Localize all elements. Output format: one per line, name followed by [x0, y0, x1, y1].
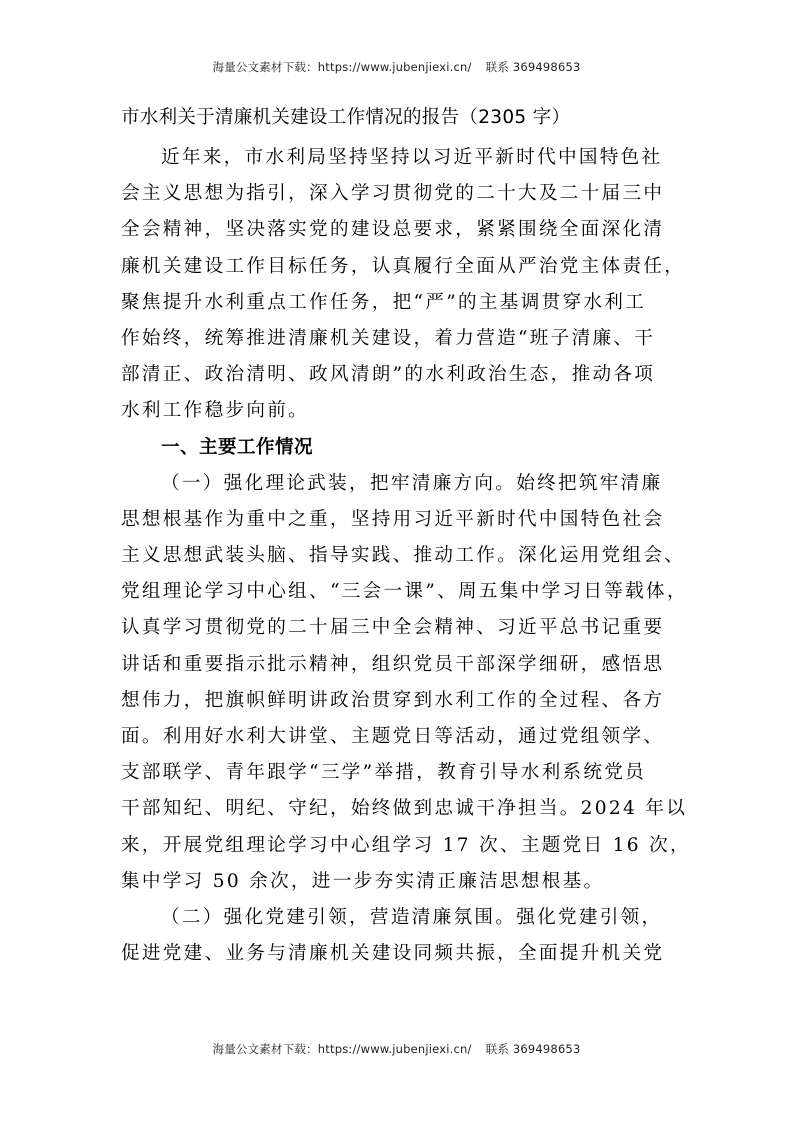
paragraph-line: 全会精神，坚决落实党的建设总要求，紧紧围绕全面深化清: [121, 212, 683, 248]
paragraph-line: 近年来，市水利局坚持坚持以习近平新时代中国特色社: [121, 140, 683, 176]
paragraph-line: 聚焦提升水利重点工作任务，把“严”的主基调贯穿水利工: [121, 285, 683, 321]
page-footer: 海量公文素材下载：https://www.jubenjiexi.cn/联系 36…: [0, 1041, 793, 1057]
paragraph-line: 想伟力，把旗帜鲜明讲政治贯穿到水利工作的全过程、各方: [121, 683, 683, 719]
document-title: 市水利关于清廉机关建设工作情况的报告（2305 字）: [121, 103, 570, 129]
paragraph-line: 党组理论学习中心组、“三会一课”、周五集中学习日等载体，: [121, 574, 683, 610]
paragraph-line: （二）强化党建引领，营造清廉氛围。强化党建引领，: [121, 900, 683, 936]
paragraph-line: 支部联学、青年跟学“三学”举措，教育引导水利系统党员: [121, 755, 683, 791]
paragraph-line: 认真学习贯彻党的二十届三中全会精神、习近平总书记重要: [121, 610, 683, 646]
paragraph-line: 来，开展党组理论学习中心组学习 17 次、主题党日 16 次，: [121, 828, 683, 864]
paragraph-line: 会主义思想为指引，深入学习贯彻党的二十大及二十届三中: [121, 176, 683, 212]
header-download-label: 海量公文素材下载：https://www.jubenjiexi.cn/: [213, 60, 472, 74]
paragraph-line: 干部知纪、明纪、守纪，始终做到忠诚干净担当。2024 年以: [121, 791, 683, 827]
paragraph-line: （一）强化理论武装，把牢清廉方向。始终把筑牢清廉: [121, 466, 683, 502]
paragraph-line: 部清正、政治清明、政风清朗”的水利政治生态，推动各项: [121, 357, 683, 393]
paragraph-line: 廉机关建设工作目标任务，认真履行全面从严治党主体责任，: [121, 249, 683, 285]
paragraph-line: 思想根基作为重中之重，坚持用习近平新时代中国特色社会: [121, 502, 683, 538]
paragraph-line: 主义思想武装头脑、指导实践、推动工作。深化运用党组会、: [121, 538, 683, 574]
paragraph-line: 讲话和重要指示批示精神，组织党员干部深学细研，感悟思: [121, 647, 683, 683]
header-contact: 联系 369498653: [486, 60, 581, 74]
paragraph-line: 作始终，统筹推进清廉机关建设，着力营造“班子清廉、干: [121, 321, 683, 357]
paragraph-line: 水利工作稳步向前。: [121, 393, 683, 429]
paragraph-line: 促进党建、业务与清廉机关建设同频共振，全面提升机关党: [121, 936, 683, 972]
paragraph-line: 集中学习 50 余次，进一步夯实清正廉洁思想根基。: [121, 864, 683, 900]
section-heading: 一、主要工作情况: [121, 430, 683, 466]
document-body: 近年来，市水利局坚持坚持以习近平新时代中国特色社 会主义思想为指引，深入学习贯彻…: [121, 140, 683, 972]
footer-download-label: 海量公文素材下载：https://www.jubenjiexi.cn/: [213, 1042, 472, 1056]
paragraph-line: 面。利用好水利大讲堂、主题党日等活动，通过党组领学、: [121, 719, 683, 755]
footer-contact: 联系 369498653: [486, 1042, 581, 1056]
page-header: 海量公文素材下载：https://www.jubenjiexi.cn/联系 36…: [0, 59, 793, 75]
